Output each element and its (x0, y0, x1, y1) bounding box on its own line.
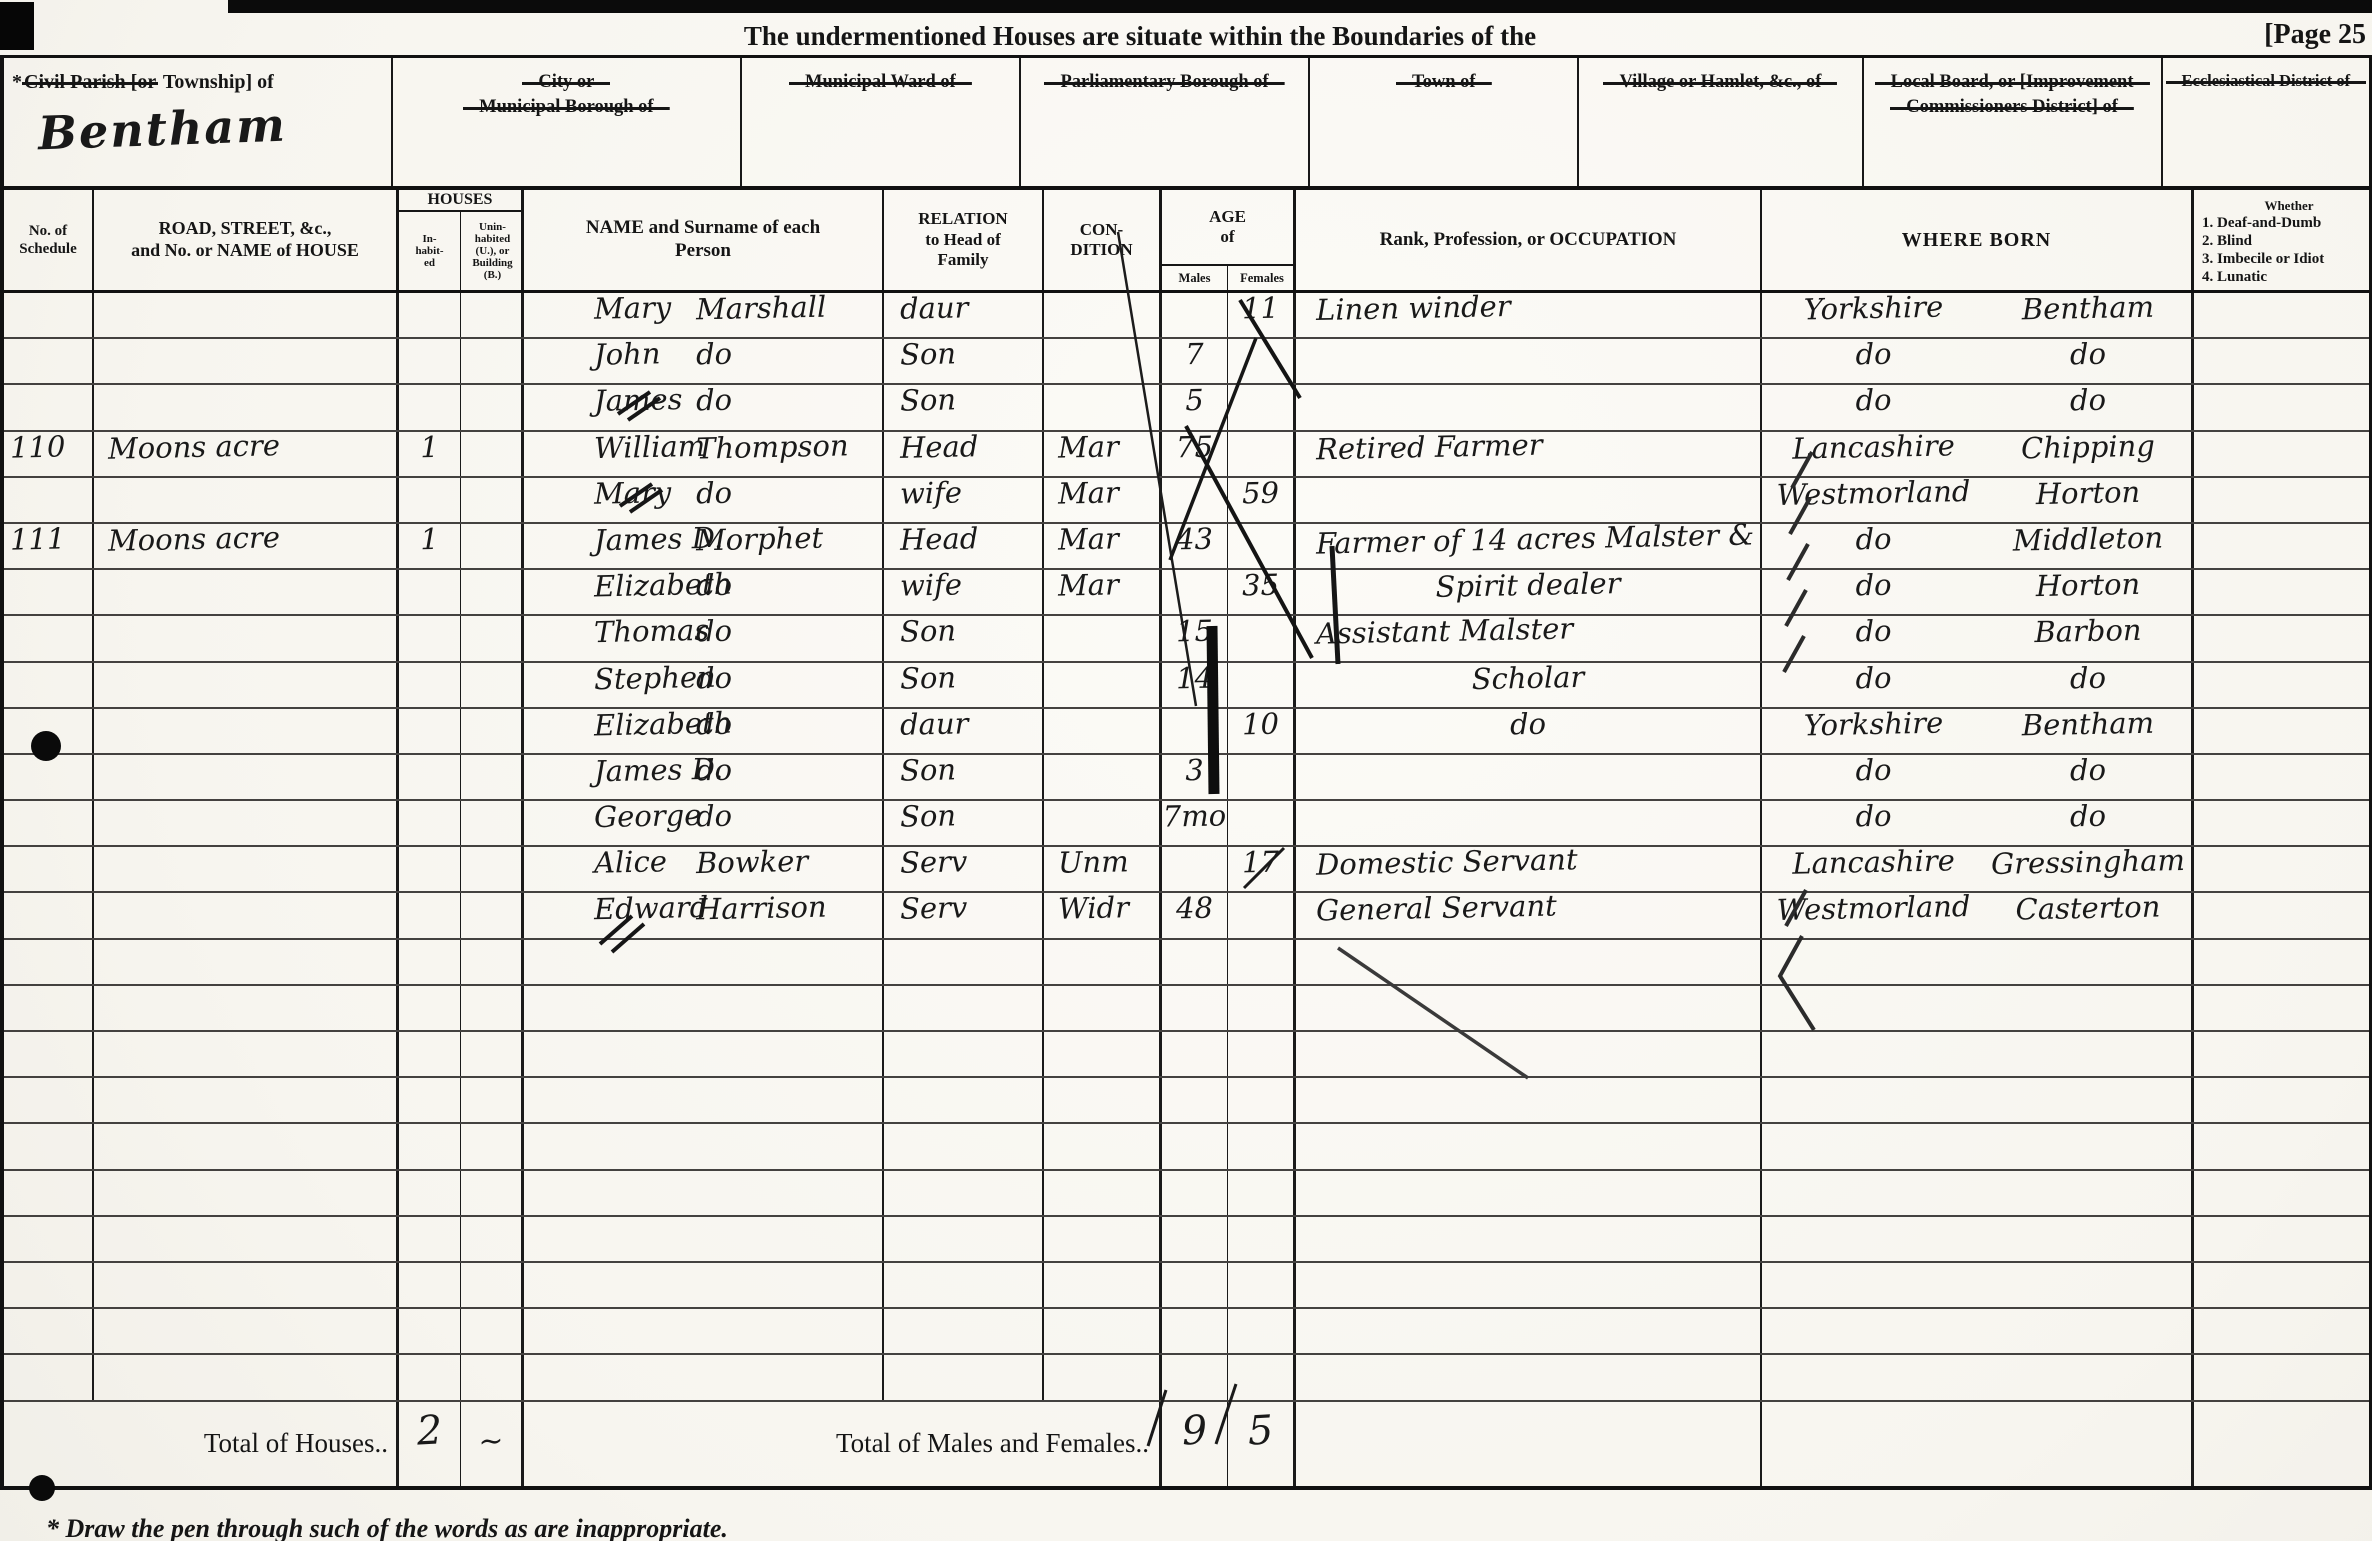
occupation-cell (1296, 1263, 1762, 1307)
condition-value: Mar (1058, 475, 1120, 510)
condition-cell (1044, 709, 1162, 753)
district-struck-label: Municipal Borough of (463, 96, 669, 119)
schedule-cell (4, 709, 94, 753)
where-born-cell (1762, 1171, 2194, 1215)
totals-born-cell (1762, 1402, 2194, 1486)
condition-cell (1044, 1309, 1162, 1353)
occupation-cell: Spirit dealer (1296, 570, 1762, 614)
inhabited-cell (399, 1124, 461, 1168)
inhabited-cell (399, 709, 461, 753)
age-females-cell (1228, 1355, 1296, 1399)
relation-cell (884, 1217, 1044, 1261)
inhabited-cell (399, 893, 461, 937)
age-female-value: 10 (1228, 706, 1294, 741)
person-surname: do (695, 337, 732, 372)
birth-county: Yorkshire (1762, 704, 1986, 743)
age-males-cell (1162, 1309, 1228, 1353)
name-cell (524, 986, 884, 1030)
age-females-cell (1228, 755, 1296, 799)
schedule-cell (4, 1171, 94, 1215)
condition-cell (1044, 339, 1162, 383)
infirmity-cell (2194, 385, 2372, 429)
uninhabited-cell (461, 663, 524, 707)
infirmity-item-1: 1. Deaf-and-Dumb (2202, 214, 2321, 232)
uninhabited-cell (461, 801, 524, 845)
relation-cell (884, 940, 1044, 984)
schedule-cell (4, 616, 94, 660)
occupation-cell: Scholar (1296, 663, 1762, 707)
infirmity-item-4: 4. Lunatic (2202, 268, 2267, 286)
infirmity-cell (2194, 293, 2372, 337)
occupation-value: Spirit dealer (1296, 563, 1761, 607)
birth-place: Chipping (1985, 427, 2192, 465)
where-born-cell: dodo (1762, 385, 2194, 429)
person-surname: do (695, 383, 732, 418)
infirmity-item-3: 3. Imbecile or Idiot (2202, 250, 2324, 268)
name-cell: MaryMarshall (524, 293, 884, 337)
infirmity-cell (2194, 847, 2372, 891)
relation-value: Son (900, 383, 957, 418)
header-houses: HOUSES (399, 190, 521, 212)
schedule-cell (4, 1032, 94, 1076)
name-cell: Johndo (524, 339, 884, 383)
name-cell (524, 1263, 884, 1307)
condition-cell (1044, 616, 1162, 660)
infirmity-cell (2194, 663, 2372, 707)
page-title: The undermentioned Houses are situate wi… (744, 21, 1536, 52)
road-cell (94, 478, 399, 522)
totals-row: Total of Houses.. 2 ~ Total of Males and… (4, 1402, 2369, 1490)
condition-cell: Unm (1044, 847, 1162, 891)
relation-cell (884, 1263, 1044, 1307)
table-row (4, 1124, 2369, 1170)
table-row (4, 1032, 2369, 1078)
relation-cell: Son (884, 385, 1044, 429)
table-row: EdwardHarrison Serv Widr 48 General Serv… (4, 893, 2369, 939)
person-surname: Thompson (695, 428, 848, 465)
header-inhabited: In- habit- ed (399, 212, 461, 290)
road-cell (94, 940, 399, 984)
district-struck-label: Municipal Ward of (789, 71, 972, 94)
relation-value: Head (900, 429, 979, 465)
relation-cell: Son (884, 339, 1044, 383)
birth-county: Lancashire (1762, 427, 1986, 466)
age-female-value: 59 (1228, 475, 1294, 510)
occupation-cell (1296, 1032, 1762, 1076)
birth-county: do (1762, 612, 1986, 651)
district-struck-label: Local Board, or [Improvement (1875, 71, 2150, 94)
age-female-value: 11 (1228, 290, 1294, 325)
road-cell (94, 893, 399, 937)
civil-parish-struck-text: Civil Parish [or (22, 70, 158, 95)
occupation-cell (1296, 1309, 1762, 1353)
age-males-cell (1162, 940, 1228, 984)
inhabited-cell (399, 1355, 461, 1399)
age-males-cell (1162, 293, 1228, 337)
schedule-cell (4, 339, 94, 383)
schedule-cell (4, 570, 94, 614)
table-row (4, 986, 2369, 1032)
road-cell (94, 663, 399, 707)
name-cell: Thomasdo (524, 616, 884, 660)
infirmity-item-2: 2. Blind (2202, 232, 2252, 250)
schedule-cell (4, 1217, 94, 1261)
condition-cell (1044, 385, 1162, 429)
road-cell (94, 1124, 399, 1168)
relation-value: Son (900, 798, 957, 833)
infirmity-cell (2194, 524, 2372, 568)
occupation-value: Domestic Servant (1316, 843, 1578, 882)
infirmity-cell (2194, 478, 2372, 522)
where-born-cell (1762, 986, 2194, 1030)
infirmity-cell (2194, 570, 2372, 614)
table-row (4, 1309, 2369, 1355)
schedule-cell: 111 (4, 524, 94, 568)
relation-value: Serv (900, 845, 968, 880)
inhabited-cell (399, 663, 461, 707)
header-age-group: AGE of Males Females (1162, 190, 1296, 290)
relation-cell: Son (884, 616, 1044, 660)
occupation-cell (1296, 1124, 1762, 1168)
schedule-cell (4, 986, 94, 1030)
person-given-name: William (594, 428, 706, 464)
page-number: [Page 25 (2264, 19, 2366, 51)
header-infirmity-whether: Whether (2202, 198, 2372, 214)
name-cell (524, 1078, 884, 1122)
person-given-name: John (594, 336, 661, 371)
age-females-cell: 35 (1228, 570, 1296, 614)
where-born-cell: YorkshireBentham (1762, 293, 2194, 337)
age-females-cell (1228, 339, 1296, 383)
road-cell (94, 801, 399, 845)
relation-value: wife (900, 567, 963, 602)
uninhabited-cell (461, 1124, 524, 1168)
birth-county: Westmorland (1762, 473, 1986, 512)
occupation-cell (1296, 385, 1762, 429)
schedule-cell (4, 1355, 94, 1399)
header-age-males: Males (1162, 266, 1228, 290)
total-females-cell: 5 (1228, 1402, 1296, 1486)
birth-county: Yorkshire (1762, 289, 1986, 328)
uninhabited-cell (461, 1355, 524, 1399)
header-schedule: No. of Schedule (4, 190, 94, 290)
table-row (4, 1217, 2369, 1263)
total-males-cell: 9 (1162, 1402, 1228, 1486)
infirmity-cell (2194, 1171, 2372, 1215)
table-row: Stephendo Son 14 Scholar dodo (4, 663, 2369, 709)
table-row: Georgedo Son 7mo dodo (4, 801, 2369, 847)
where-born-cell: YorkshireBentham (1762, 709, 2194, 753)
person-given-name: Thomas (594, 613, 710, 649)
condition-value: Widr (1058, 891, 1130, 926)
name-cell (524, 1217, 884, 1261)
name-cell (524, 1124, 884, 1168)
total-houses-cell: 2 (399, 1402, 461, 1486)
age-male-value: 7 (1162, 337, 1228, 372)
age-male-value: 5 (1162, 383, 1228, 418)
relation-cell: Head (884, 524, 1044, 568)
uninhabited-cell (461, 1171, 524, 1215)
district-struck-label: Parliamentary Borough of (1044, 71, 1284, 94)
relation-cell: wife (884, 570, 1044, 614)
relation-cell: Serv (884, 893, 1044, 937)
where-born-cell: doHorton (1762, 570, 2194, 614)
census-sheet: *Civil Parish [or Township] of Bentham C… (0, 55, 2372, 1490)
schedule-cell: 110 (4, 432, 94, 476)
age-females-cell (1228, 524, 1296, 568)
where-born-cell (1762, 1263, 2194, 1307)
age-females-cell (1228, 1032, 1296, 1076)
name-cell: Marydo (524, 478, 884, 522)
condition-cell (1044, 293, 1162, 337)
age-male-value: 75 (1162, 429, 1228, 464)
road-cell (94, 1032, 399, 1076)
age-male-value: 43 (1162, 521, 1228, 556)
birth-county: Lancashire (1762, 843, 1986, 882)
person-surname: do (695, 753, 732, 788)
age-male-value: 48 (1162, 891, 1228, 926)
age-females-cell (1228, 1078, 1296, 1122)
age-females-cell: 17 (1228, 847, 1296, 891)
person-surname: do (695, 568, 732, 603)
age-females-cell (1228, 663, 1296, 707)
table-row: Marydo wife Mar 59 WestmorlandHorton (4, 478, 2369, 524)
uninhabited-cell (461, 339, 524, 383)
condition-cell (1044, 801, 1162, 845)
person-given-name: Mary (594, 475, 672, 511)
inhabited-cell (399, 1078, 461, 1122)
relation-cell (884, 1124, 1044, 1168)
birth-county: do (1762, 566, 1986, 605)
inhabited-cell (399, 1309, 461, 1353)
road-cell (94, 1217, 399, 1261)
relation-cell (884, 986, 1044, 1030)
relation-value: Son (900, 660, 957, 695)
infirmity-cell (2194, 755, 2372, 799)
name-cell: Jamesdo (524, 385, 884, 429)
age-female-value: 17 (1228, 845, 1294, 880)
relation-value: Serv (900, 891, 968, 926)
district-cell-2: City orMunicipal Borough of (393, 58, 742, 186)
condition-cell (1044, 1124, 1162, 1168)
district-struck-label: Town of (1396, 71, 1492, 94)
birth-county: do (1762, 797, 1986, 836)
name-cell: Elizabethdo (524, 570, 884, 614)
age-females-cell (1228, 1124, 1296, 1168)
footnote-star: * (12, 71, 22, 93)
district-struck-label: City or (522, 71, 610, 94)
relation-cell: Son (884, 755, 1044, 799)
table-row: Thomasdo Son 15 Assistant Malster doBarb… (4, 616, 2369, 662)
name-cell: AliceBowker (524, 847, 884, 891)
schedule-number: 111 (10, 521, 66, 556)
person-surname: Bowker (695, 844, 808, 880)
relation-value: wife (900, 475, 963, 510)
condition-cell: Mar (1044, 478, 1162, 522)
where-born-cell (1762, 940, 2194, 984)
occupation-cell (1296, 478, 1762, 522)
age-males-cell (1162, 1217, 1228, 1261)
header-age-females: Females (1228, 266, 1296, 290)
where-born-cell (1762, 1078, 2194, 1122)
uninhabited-cell (461, 1309, 524, 1353)
uninhabited-cell (461, 1217, 524, 1261)
table-row: Jamesdo Son 5 dodo (4, 385, 2369, 431)
road-cell (94, 385, 399, 429)
age-male-value: 3 (1162, 752, 1228, 787)
occupation-cell: Farmer of 14 acres Malster & (1296, 524, 1762, 568)
uninhabited-cell (461, 1078, 524, 1122)
relation-cell (884, 1309, 1044, 1353)
age-males-cell (1162, 1124, 1228, 1168)
age-male-value: 14 (1162, 660, 1228, 695)
infirmity-cell (2194, 893, 2372, 937)
road-cell (94, 986, 399, 1030)
birth-county: do (1762, 751, 1986, 790)
infirmity-cell (2194, 709, 2372, 753)
name-cell: James D.Morphet (524, 524, 884, 568)
table-row (4, 940, 2369, 986)
table-row: 111 Moons acre 1 James D.Morphet Head Ma… (4, 524, 2369, 570)
district-cell-5: Town of (1310, 58, 1579, 186)
age-males-cell (1162, 847, 1228, 891)
infirmity-cell (2194, 940, 2372, 984)
inhabited-cell (399, 385, 461, 429)
district-cell-3: Municipal Ward of (742, 58, 1021, 186)
person-given-name: Mary (594, 290, 672, 326)
birth-place: Casterton (1985, 889, 2192, 927)
condition-cell: Widr (1044, 893, 1162, 937)
age-females-cell: 11 (1228, 293, 1296, 337)
birth-place: Gressingham (1985, 843, 2192, 881)
age-females-cell (1228, 986, 1296, 1030)
road-cell (94, 709, 399, 753)
total-uninhabited-cell: ~ (461, 1402, 524, 1486)
name-cell (524, 1355, 884, 1399)
relation-value: Head (900, 521, 979, 557)
where-born-cell: dodo (1762, 801, 2194, 845)
age-females-cell: 10 (1228, 709, 1296, 753)
schedule-cell (4, 385, 94, 429)
occupation-value: Farmer of 14 acres Malster & (1316, 517, 1755, 560)
age-females-cell (1228, 801, 1296, 845)
where-born-cell: doBarbon (1762, 616, 2194, 660)
inhabited-cell (399, 570, 461, 614)
occupation-cell: Linen winder (1296, 293, 1762, 337)
where-born-cell: WestmorlandCasterton (1762, 893, 2194, 937)
inhabited-cell: 1 (399, 432, 461, 476)
uninhabited-cell (461, 986, 524, 1030)
condition-value: Unm (1058, 845, 1129, 880)
age-males-cell: 3 (1162, 755, 1228, 799)
district-cell-8: Ecclesiastical District of (2163, 58, 2369, 186)
schedule-cell (4, 1309, 94, 1353)
age-males-cell (1162, 1263, 1228, 1307)
birth-place: Horton (1985, 474, 2192, 512)
name-cell: EdwardHarrison (524, 893, 884, 937)
condition-cell (1044, 663, 1162, 707)
birth-county: do (1762, 520, 1986, 559)
where-born-cell: dodo (1762, 339, 2194, 383)
civil-parish-value: Bentham (37, 97, 288, 163)
inhabited-mark: 1 (399, 429, 461, 464)
table-header: No. of Schedule ROAD, STREET, &c., and N… (4, 190, 2369, 293)
where-born-cell: dodo (1762, 663, 2194, 707)
age-female-value: 35 (1228, 567, 1294, 602)
relation-cell: Head (884, 432, 1044, 476)
road-cell (94, 755, 399, 799)
birth-place: do (1985, 797, 2192, 835)
age-males-cell (1162, 570, 1228, 614)
infirmity-cell (2194, 1309, 2372, 1353)
header-condition: CON- DITION (1044, 190, 1162, 290)
age-males-cell (1162, 709, 1228, 753)
where-born-cell: LancashireChipping (1762, 432, 2194, 476)
birth-county: do (1762, 381, 1986, 420)
occupation-cell (1296, 986, 1762, 1030)
header-occupation: Rank, Profession, or OCCUPATION (1296, 190, 1762, 290)
infirmity-cell (2194, 986, 2372, 1030)
uninhabited-cell (461, 524, 524, 568)
birth-place: Bentham (1985, 705, 2192, 743)
occupation-value: Linen winder (1316, 289, 1511, 327)
totals-occupation-cell (1296, 1402, 1762, 1486)
occupation-cell (1296, 801, 1762, 845)
district-cell-6: Village or Hamlet, &c., of (1579, 58, 1863, 186)
name-cell: Georgedo (524, 801, 884, 845)
title-bar: The undermentioned Houses are situate wi… (0, 13, 2372, 55)
age-females-cell (1228, 893, 1296, 937)
header-name: NAME and Surname of each Person (524, 190, 884, 290)
relation-cell (884, 1355, 1044, 1399)
inhabited-cell (399, 293, 461, 337)
totals-infirmity-cell (2194, 1402, 2372, 1486)
name-cell: James D.do (524, 755, 884, 799)
occupation-cell: General Servant (1296, 893, 1762, 937)
schedule-cell (4, 1263, 94, 1307)
inhabited-cell (399, 801, 461, 845)
road-cell (94, 339, 399, 383)
uninhabited-cell (461, 1032, 524, 1076)
header-road: ROAD, STREET, &c., and No. or NAME of HO… (94, 190, 399, 290)
inhabited-cell (399, 1032, 461, 1076)
where-born-cell: doMiddleton (1762, 524, 2194, 568)
infirmity-cell (2194, 1217, 2372, 1261)
relation-value: Son (900, 614, 957, 649)
uninhabited-cell (461, 478, 524, 522)
relation-cell (884, 1171, 1044, 1215)
schedule-cell (4, 893, 94, 937)
district-struck-label: Ecclesiastical District of (2166, 71, 2367, 92)
age-females-cell (1228, 1263, 1296, 1307)
person-surname: Morphet (695, 521, 823, 558)
road-cell: Moons acre (94, 432, 399, 476)
age-females-cell: 59 (1228, 478, 1296, 522)
birth-place: do (1985, 751, 2192, 789)
condition-cell (1044, 755, 1162, 799)
occupation-value: Assistant Malster (1316, 612, 1574, 651)
road-cell (94, 616, 399, 660)
age-males-cell (1162, 1078, 1228, 1122)
person-given-name: James (594, 382, 683, 418)
birth-place: Bentham (1985, 289, 2192, 327)
age-females-cell (1228, 616, 1296, 660)
where-born-cell (1762, 1032, 2194, 1076)
schedule-cell (4, 755, 94, 799)
inhabited-cell (399, 1217, 461, 1261)
age-males-cell (1162, 986, 1228, 1030)
district-cell-civil-parish: *Civil Parish [or Township] of Bentham (4, 58, 393, 186)
